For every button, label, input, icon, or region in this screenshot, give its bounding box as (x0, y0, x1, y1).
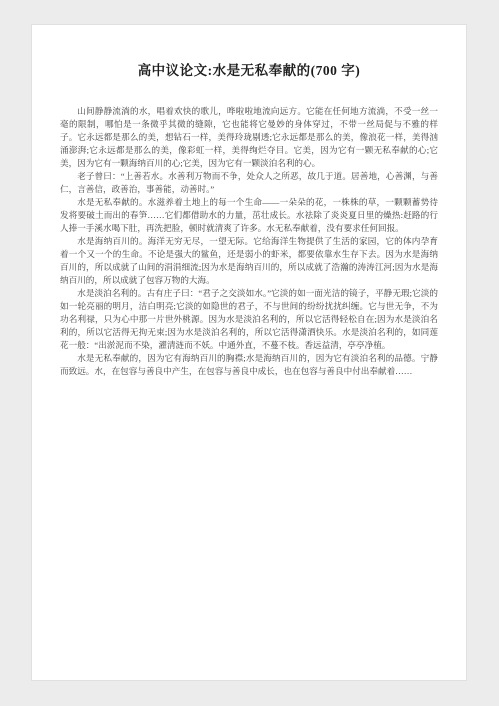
paragraph: 水是无私奉献的，因为它有海纳百川的胸襟;水是海纳百川的，因为它有淡泊名利的品德。… (60, 352, 438, 378)
paragraph: 水是海纳百川的。海洋无穷无尽，一望无际。它给海洋生物提供了生活的家园，它的体内孕… (60, 235, 438, 287)
paragraph: 老子曾曰：“上善若水。水善利万物而不争，处众人之所恶，故几于道。居善地，心善渊，… (60, 170, 438, 196)
paragraph: 水是无私奉献的。水滋养着土地上的每一个生命——一朵朵的花，一株株的草，一颗颗蓄势… (60, 196, 438, 235)
document-viewer-background: 高中议论文:水是无私奉献的(700 字) 山间静静流淌的水，唱着欢快的歌儿，哗啦… (0, 0, 499, 706)
document-page: 高中议论文:水是无私奉献的(700 字) 山间静静流淌的水，唱着欢快的歌儿，哗啦… (31, 24, 467, 681)
paragraph: 水是淡泊名利的。古有庄子曰：“君子之交淡如水。”它淡的如一面光洁的镜子，平静无瑕… (60, 287, 438, 352)
paragraph: 山间静静流淌的水，唱着欢快的歌儿，哗啦啦地流向远方。它能在任何地方流淌，不受一丝… (60, 105, 438, 170)
document-body: 山间静静流淌的水，唱着欢快的歌儿，哗啦啦地流向远方。它能在任何地方流淌，不受一丝… (60, 105, 438, 378)
page-title: 高中议论文:水是无私奉献的(700 字) (32, 63, 466, 79)
